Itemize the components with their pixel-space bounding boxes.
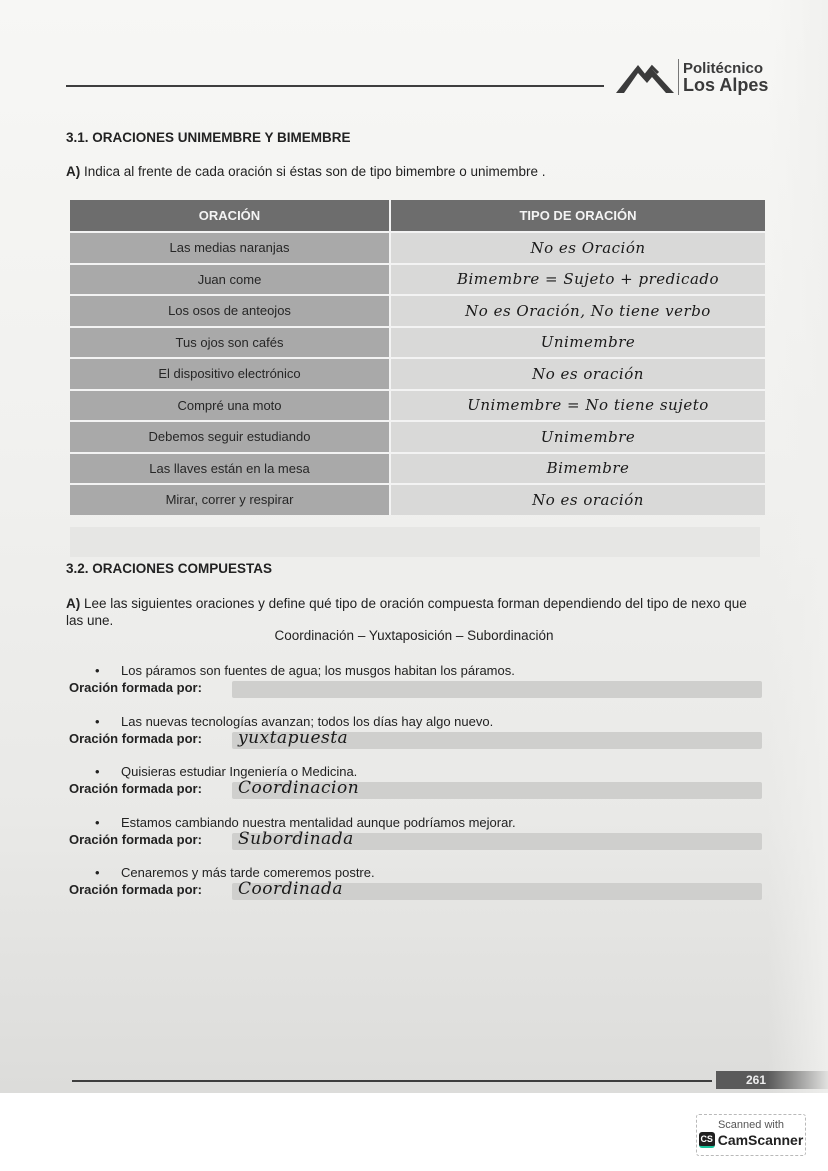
handwritten-answer: No es oración [532, 491, 644, 509]
sentence-cell: Tus ojos son cafés [70, 327, 390, 359]
sentence-text: Las nuevas tecnologías avanzan; todos lo… [121, 714, 493, 729]
handwritten-answer: Unimembre [541, 428, 636, 446]
bullet-icon: • [95, 764, 121, 779]
bullet-icon: • [95, 815, 121, 830]
instruction-prefix: A) [66, 164, 80, 179]
sentence-cell: Las medias naranjas [70, 232, 390, 264]
logo-line2: Los Alpes [683, 77, 768, 94]
answer-label: Oración formada por: [69, 781, 202, 796]
table-row: Mirar, correr y respirarNo es oración [70, 484, 765, 515]
answer-cell: No es Oración, No tiene verbo [390, 295, 765, 327]
answer-label: Oración formada por: [69, 832, 202, 847]
section2-title: 3.2. ORACIONES COMPUESTAS [66, 561, 272, 576]
answer-field[interactable]: Coordinada [232, 883, 762, 900]
handwritten-answer: No es Oración [530, 239, 645, 257]
handwritten-answer: Unimembre = No tiene sujeto [467, 396, 709, 414]
table-row: Las medias naranjasNo es Oración [70, 232, 765, 264]
bleed-through-block [70, 527, 760, 557]
sentence-cell: Juan come [70, 264, 390, 296]
section2-instruction: A) Lee las siguientes oraciones y define… [66, 595, 766, 629]
sentence-type-table: ORACIÓN TIPO DE ORACIÓN Las medias naran… [70, 200, 765, 515]
answer-label: Oración formada por: [69, 731, 202, 746]
bullet-icon: • [95, 714, 121, 729]
answer-field[interactable] [232, 681, 762, 698]
answer-cell: Bimembre [390, 453, 765, 485]
compound-sentence: •Quisieras estudiar Ingeniería o Medicin… [95, 764, 357, 779]
handwritten-answer: Coordinacion [238, 778, 359, 798]
handwritten-answer: No es Oración, No tiene verbo [465, 302, 711, 320]
logo: Politécnico Los Alpes [614, 57, 768, 97]
header-rule [66, 85, 604, 87]
handwritten-answer: Bimembre = Sujeto + predicado [457, 270, 719, 288]
table-row: El dispositivo electrónicoNo es oración [70, 358, 765, 390]
bullet-icon: • [95, 663, 121, 678]
watermark-brand: CamScanner [718, 1132, 804, 1148]
column-header-type: TIPO DE ORACIÓN [390, 200, 765, 232]
compound-sentence: •Estamos cambiando nuestra mentalidad au… [95, 815, 516, 830]
handwritten-answer: Coordinada [238, 879, 343, 899]
camscanner-logo-icon: CS [699, 1132, 715, 1148]
bullet-icon: • [95, 865, 121, 880]
handwritten-answer: No es oración [532, 365, 644, 383]
table-row: Tus ojos son cafésUnimembre [70, 327, 765, 359]
sentence-text: Estamos cambiando nuestra mentalidad aun… [121, 815, 516, 830]
sentence-cell: Mirar, correr y respirar [70, 484, 390, 515]
answer-label: Oración formada por: [69, 882, 202, 897]
mountains-logo-icon [614, 57, 676, 97]
table-row: Juan comeBimembre = Sujeto + predicado [70, 264, 765, 296]
handwritten-answer: Subordinada [238, 829, 354, 849]
table-row: Los osos de anteojosNo es Oración, No ti… [70, 295, 765, 327]
sentence-cell: Compré una moto [70, 390, 390, 422]
handwritten-answer: Bimembre [547, 459, 630, 477]
logo-separator [678, 59, 679, 95]
section1-title: 3.1. ORACIONES UNIMEMBRE Y BIMEMBRE [66, 130, 351, 145]
page-number: 261 [716, 1071, 828, 1089]
answer-cell: No es oración [390, 484, 765, 515]
compound-sentence: •Cenaremos y más tarde comeremos postre. [95, 865, 375, 880]
scanned-page: Politécnico Los Alpes 3.1. ORACIONES UNI… [0, 0, 828, 1093]
instruction-text: Indica al frente de cada oración si ésta… [80, 164, 545, 179]
table-row: Compré una motoUnimembre = No tiene suje… [70, 390, 765, 422]
sentence-cell: Las llaves están en la mesa [70, 453, 390, 485]
instruction-text: Lee las siguientes oraciones y define qu… [66, 596, 747, 628]
compound-sentence: •Los páramos son fuentes de agua; los mu… [95, 663, 515, 678]
sentence-cell: Debemos seguir estudiando [70, 421, 390, 453]
sentence-text: Quisieras estudiar Ingeniería o Medicina… [121, 764, 357, 779]
table-row: Las llaves están en la mesaBimembre [70, 453, 765, 485]
watermark-caption: Scanned with [697, 1119, 805, 1131]
sentence-cell: Los osos de anteojos [70, 295, 390, 327]
footer-rule [72, 1080, 712, 1082]
handwritten-answer: Unimembre [541, 333, 636, 351]
section1-instruction: A) Indica al frente de cada oración si é… [66, 164, 546, 179]
instruction-prefix: A) [66, 596, 80, 611]
answer-cell: Bimembre = Sujeto + predicado [390, 264, 765, 296]
table-row: Debemos seguir estudiandoUnimembre [70, 421, 765, 453]
answer-field[interactable]: Coordinacion [232, 782, 762, 799]
handwritten-answer: yuxtapuesta [238, 728, 348, 748]
sentence-text: Cenaremos y más tarde comeremos postre. [121, 865, 375, 880]
answer-label: Oración formada por: [69, 680, 202, 695]
answer-cell: No es Oración [390, 232, 765, 264]
sentence-cell: El dispositivo electrónico [70, 358, 390, 390]
answer-cell: No es oración [390, 358, 765, 390]
compound-sentence: •Las nuevas tecnologías avanzan; todos l… [95, 714, 493, 729]
compound-options: Coordinación – Yuxtaposición – Subordina… [0, 628, 828, 643]
answer-field[interactable]: Subordinada [232, 833, 762, 850]
answer-field[interactable]: yuxtapuesta [232, 732, 762, 749]
answer-cell: Unimembre [390, 327, 765, 359]
column-header-sentence: ORACIÓN [70, 200, 390, 232]
sentence-text: Los páramos son fuentes de agua; los mus… [121, 663, 515, 678]
camscanner-watermark: Scanned with CS CamScanner [696, 1114, 806, 1156]
answer-cell: Unimembre = No tiene sujeto [390, 390, 765, 422]
answer-cell: Unimembre [390, 421, 765, 453]
